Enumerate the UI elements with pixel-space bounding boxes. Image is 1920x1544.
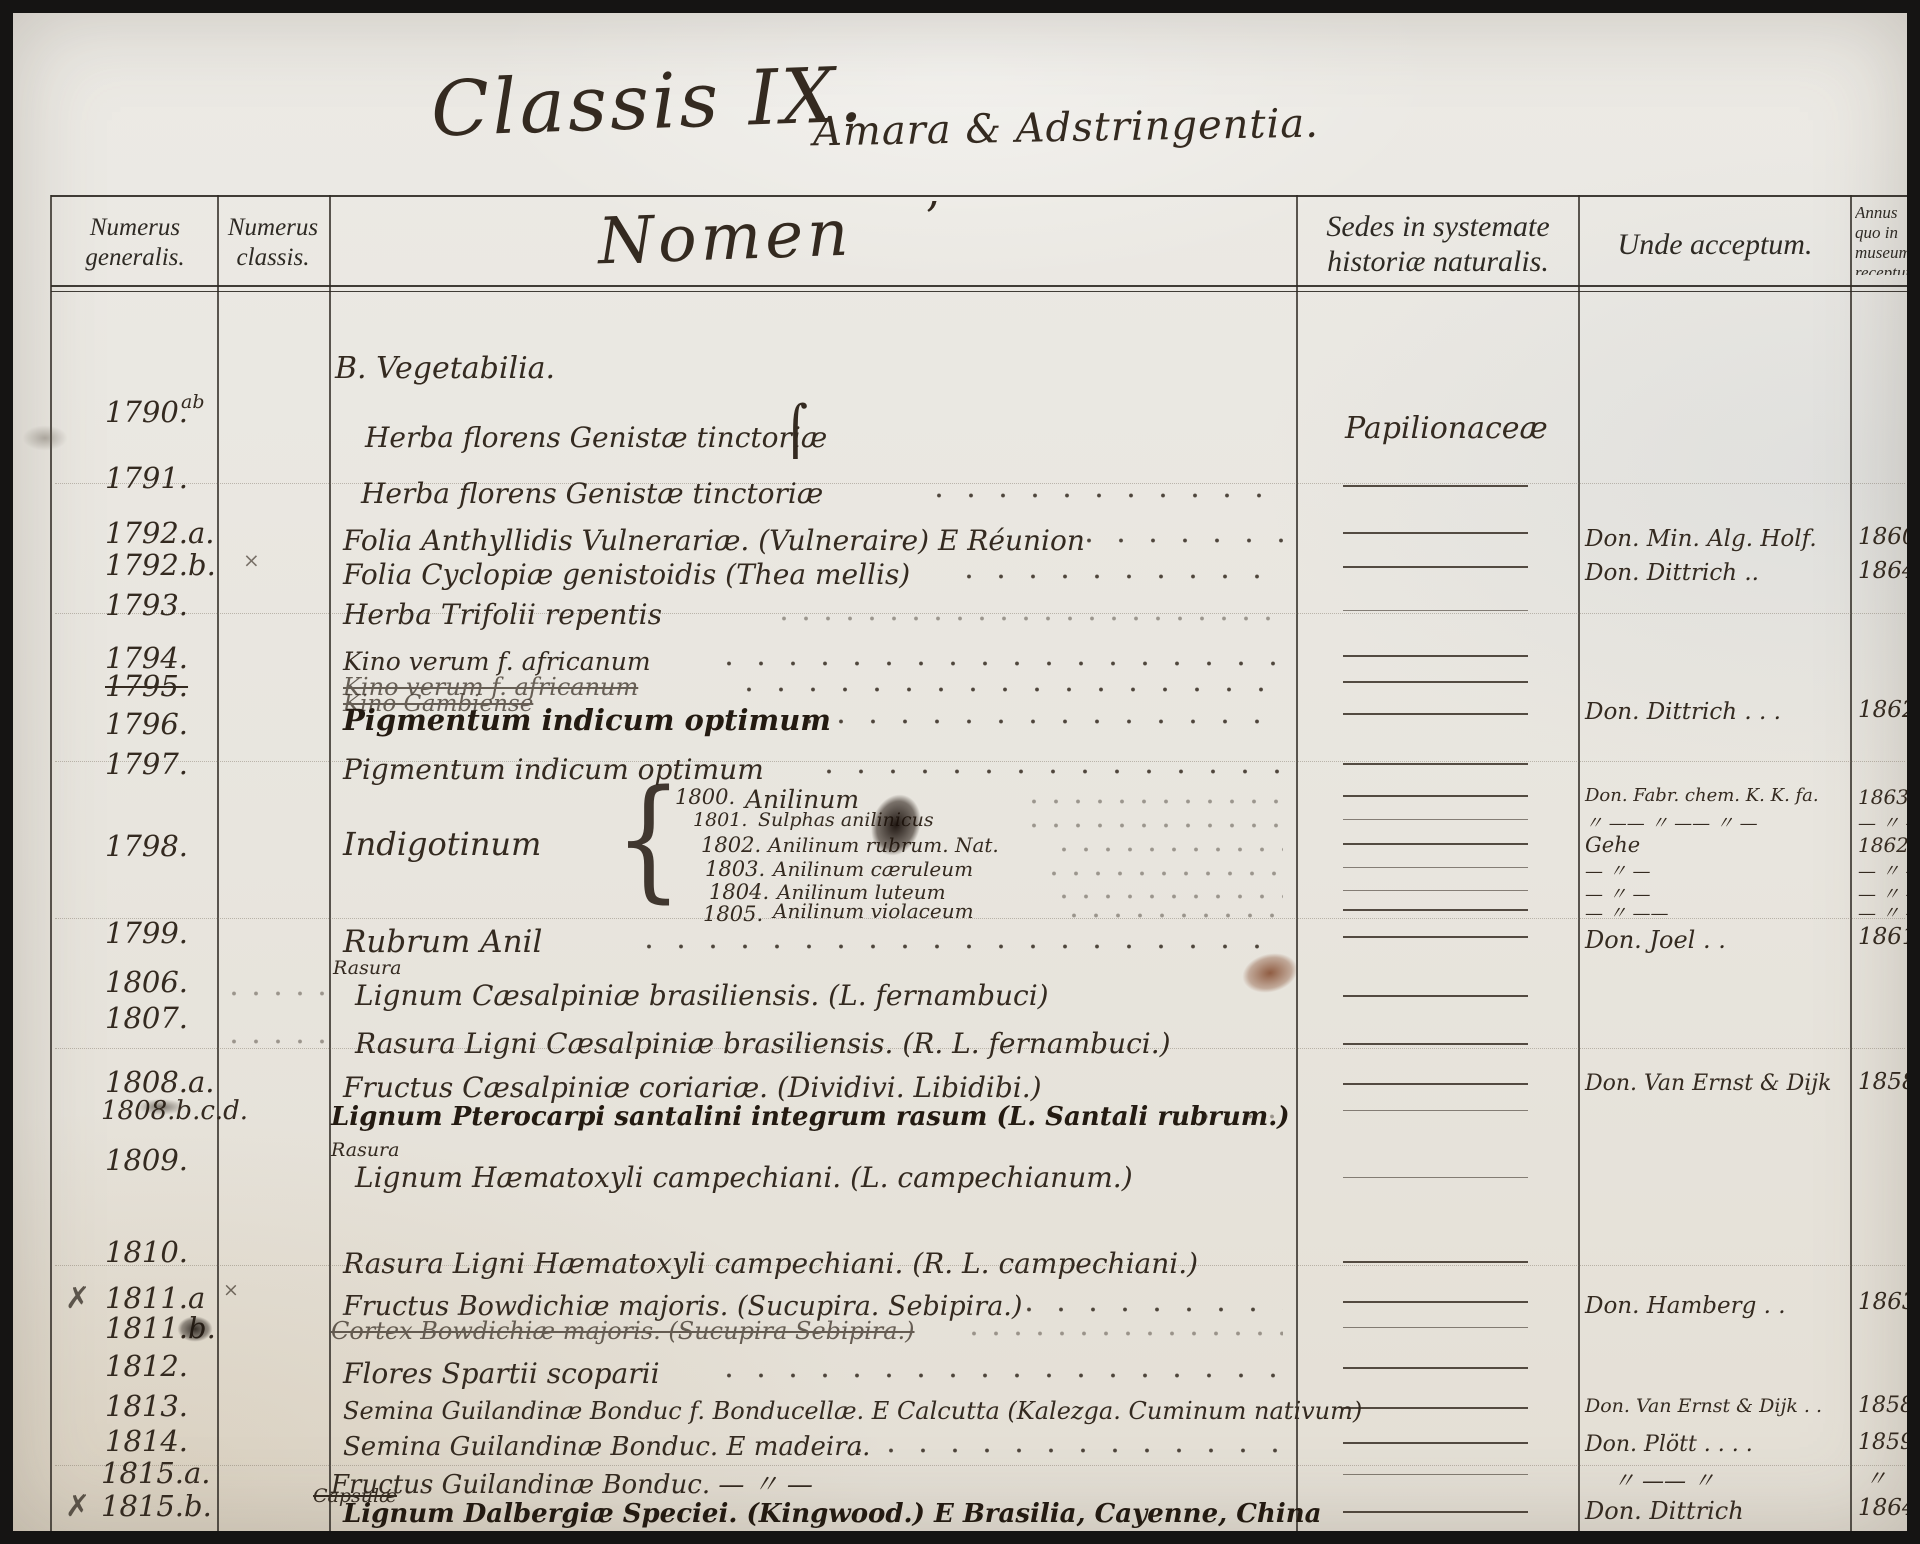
numerus-generalis: 1798.: [105, 829, 188, 863]
sedes-ditto-line: [1343, 1261, 1528, 1263]
sedes-ditto-line: [1343, 610, 1528, 611]
ink-smudge: [131, 1097, 191, 1117]
nomen-entry: Rasura Ligni Hæmatoxyli campechiani. (R.…: [343, 1247, 1198, 1280]
sedes-ditto-line: [1343, 566, 1528, 568]
sedes-ditto-line: [1343, 819, 1528, 820]
nomen-entry: Pigmentum indicum optimum: [343, 703, 831, 737]
numerus-generalis: 1799.: [105, 916, 188, 950]
nomen-entry: Pigmentum indicum optimum: [343, 753, 764, 786]
annus-entry: 1864.: [1858, 1495, 1920, 1521]
col-divider-3: [1296, 195, 1298, 1544]
header-unde-acceptum: Unde acceptum.: [1585, 227, 1845, 262]
numerus-generalis: 1809.: [105, 1143, 188, 1177]
dotted-leader: [223, 989, 333, 998]
header-annus: Annus quo in museum receptum.: [1855, 203, 1920, 275]
unde-acceptum-entry: Gehe: [1585, 833, 1640, 857]
col-divider-5: [1850, 195, 1852, 1544]
dotted-leader: [953, 572, 1283, 581]
sedes-ditto-line: [1343, 485, 1528, 487]
dotted-leader: [1023, 821, 1283, 830]
sub-numerus: 1804.: [709, 880, 769, 904]
sedes-ditto-line: [1343, 795, 1528, 797]
table-top-rule: [51, 195, 1919, 197]
sedes-ditto-line: [1343, 936, 1528, 938]
sedes-ditto-line: [1343, 995, 1528, 997]
nomen-entry: Folia Cyclopiæ genistoidis (Thea mellis): [343, 558, 910, 591]
annus-entry: 1863.: [1858, 1289, 1920, 1315]
annus-entry: 1861: [1858, 924, 1917, 950]
nomen-entry: Rubrum Anil: [343, 924, 542, 960]
margin-x-mark: ×: [243, 548, 260, 572]
dotted-leader: [713, 659, 1283, 668]
numerus-generalis: 1791.: [105, 461, 188, 495]
numerus-generalis: 1808.a.: [105, 1065, 215, 1099]
ink-flourish: ⌠: [783, 403, 808, 459]
numerus-generalis: 1790.: [105, 395, 188, 429]
sedes-entry: Papilionaceæ: [1345, 411, 1548, 446]
numerus-generalis: 1811.a: [105, 1281, 205, 1315]
dotted-leader: [843, 1446, 1283, 1455]
sub-numerus: 1802.: [701, 833, 761, 857]
sedes-ditto-line: [1343, 1043, 1528, 1045]
dotted-leader: [813, 767, 1283, 776]
nomen-entry: Rasura Ligni Cæsalpiniæ brasiliensis. (R…: [355, 1027, 1171, 1060]
annus-entry: 〃: [1865, 1462, 1887, 1493]
sub-numerus: 1801.: [693, 809, 747, 831]
nomen-entry: Herba Trifolii repentis: [343, 598, 662, 631]
nomen-rasura-note: Rasura: [333, 957, 401, 979]
dotted-leader: [923, 491, 1283, 500]
numerus-generalis: 1813.: [105, 1389, 188, 1423]
sedes-ditto-line: [1343, 867, 1528, 868]
header-numerus-classis: Numerus classis.: [219, 213, 327, 272]
unde-acceptum-entry: Don. Dittrich: [1585, 1497, 1744, 1525]
dotted-leader: [773, 614, 1283, 623]
sedes-ditto-line: [1343, 655, 1528, 657]
sedes-ditto-line: [1343, 909, 1528, 911]
unde-acceptum-entry: Don. Hamberg . .: [1585, 1293, 1786, 1319]
dotted-leader: [1043, 869, 1283, 878]
section-label-vegetabilia: B. Vegetabilia.: [335, 351, 555, 386]
dotted-leader: [733, 685, 1283, 694]
sub-numerus: 1803.: [705, 857, 765, 881]
dotted-leader: [633, 942, 1283, 951]
unde-acceptum-entry: 〃 —— 〃 —— 〃 —: [1585, 809, 1758, 835]
pencil-smudge: [15, 421, 75, 455]
sedes-ditto-line: [1343, 1110, 1528, 1111]
nomen-entry: Fructus Guilandinæ Bonduc. — 〃 —: [331, 1464, 813, 1501]
sedes-ditto-line: [1343, 1511, 1528, 1513]
unde-acceptum-entry: Don. Van Ernst & Dijk: [1585, 1071, 1831, 1096]
ink-smudge: [173, 1313, 217, 1345]
dotted-leader: [1053, 845, 1283, 854]
unde-acceptum-entry: Don. Plött . . . .: [1585, 1432, 1753, 1457]
numerus-generalis: 1795.: [105, 669, 188, 703]
margin-check-mark: ✗: [65, 1489, 90, 1524]
nomen-entry: Kino verum f. africanum: [343, 647, 651, 676]
numerus-generalis: 1815.b.: [101, 1489, 212, 1523]
header-bottom-rule-2: [51, 291, 1919, 292]
table-left-border: [50, 195, 52, 1544]
numerus-generalis: 1793.: [105, 588, 188, 622]
page-title-classis: Classis IX.: [430, 49, 867, 153]
sedes-ditto-line: [1343, 1474, 1528, 1475]
annus-entry: 1863: [1858, 785, 1909, 809]
nomen-entry: Folia Anthyllidis Vulnerariæ. (Vulnerair…: [343, 524, 1085, 557]
dotted-leader: [1053, 892, 1283, 901]
sedes-ditto-line: [1343, 532, 1528, 534]
sub-numerus: 1805.: [703, 902, 763, 926]
numerus-generalis: 1796.: [105, 707, 188, 741]
numerus-generalis: 1814.: [105, 1424, 188, 1458]
sedes-ditto-line: [1343, 1177, 1528, 1178]
sedes-ditto-line: [1343, 713, 1528, 715]
annus-entry: 1858.: [1858, 1393, 1920, 1418]
guide-line: [55, 483, 1905, 484]
nomen-entry: Lignum Cæsalpiniæ brasiliensis. (L. fern…: [355, 979, 1049, 1012]
dotted-leader: [963, 1329, 1283, 1338]
numerus-generalis: 1810.: [105, 1235, 188, 1269]
sedes-ditto-line: [1343, 1367, 1528, 1369]
col-divider-4: [1578, 195, 1580, 1544]
numerus-generalis: 1806.: [105, 965, 188, 999]
numerus-generalis: 1812.: [105, 1349, 188, 1383]
numerus-generalis: 1807.: [105, 1001, 188, 1035]
unde-acceptum-entry: Don. Dittrich . . .: [1585, 699, 1781, 725]
sedes-ditto-line: [1343, 1301, 1528, 1303]
unde-acceptum-entry: 〃 —— 〃: [1613, 1464, 1715, 1495]
dotted-leader: [1063, 911, 1283, 920]
nomen-entry: Semina Guilandinæ Bonduc f. Bonducellæ. …: [343, 1397, 1362, 1425]
nomen-entry-indigotinum: Indigotinum: [343, 825, 541, 863]
dotted-leader: [1173, 1112, 1283, 1121]
annus-entry: 1862: [1858, 697, 1917, 723]
unde-acceptum-entry: Don. Min. Alg. Holf.: [1585, 526, 1817, 552]
nomen-entry: Lignum Dalbergiæ Speciei. (Kingwood.) E …: [343, 1499, 1321, 1529]
annus-entry: — 〃 —: [1858, 899, 1920, 925]
dotted-leader: [1013, 1305, 1283, 1314]
annus-entry: 1862: [1858, 833, 1909, 857]
nomen-entry: Lignum Hæmatoxyli campechiani. (L. campe…: [355, 1161, 1133, 1194]
annus-entry: — 〃 —: [1858, 809, 1920, 835]
ledger-page: Classis IX. Amara & Adstringentia. Numer…: [0, 0, 1920, 1544]
numerus-generalis: 1797.: [105, 747, 188, 781]
sedes-ditto-line: [1343, 1407, 1528, 1409]
sub-nomen: Anilinum violaceum: [773, 899, 974, 923]
header-nomen-ink-mark: ’: [925, 193, 939, 244]
sub-numerus: 1800.: [675, 785, 735, 809]
grouping-brace: {: [615, 761, 683, 916]
margin-check-mark: ✗: [65, 1281, 90, 1316]
numerus-generalis: 1792.b.: [105, 548, 216, 582]
sedes-ditto-line: [1343, 1327, 1528, 1328]
dotted-leader: [793, 717, 1283, 726]
nomen-entry-struck: Cortex Bowdichiæ majoris. (Sucupira Sebi…: [331, 1317, 915, 1345]
nomen-entry: Flores Spartii scoparii: [343, 1357, 660, 1390]
unde-acceptum-entry: Don. Van Ernst & Dijk . .: [1585, 1395, 1822, 1417]
unde-acceptum-entry: Don. Joel . .: [1585, 926, 1726, 954]
annus-entry: 1864: [1858, 558, 1917, 584]
sedes-ditto-line: [1343, 1083, 1528, 1085]
dotted-leader: [223, 1037, 333, 1046]
unde-acceptum-entry: — 〃 ——: [1585, 899, 1668, 925]
header-bottom-rule-1: [51, 285, 1919, 287]
nomen-entry: Semina Guilandinæ Bonduc. E madeira.: [343, 1432, 870, 1462]
sedes-ditto-line: [1343, 681, 1528, 683]
nomen-rasura-note: Rasura: [331, 1139, 399, 1161]
col-divider-1: [217, 195, 219, 1544]
header-numerus-generalis: Numerus generalis.: [55, 213, 215, 272]
nomen-entry: Herba florens Genistæ tinctoriæ: [361, 477, 823, 510]
annus-entry: 1860: [1858, 524, 1917, 550]
sedes-ditto-line: [1343, 843, 1528, 845]
sedes-ditto-line: [1343, 763, 1528, 765]
annus-entry: 1858: [1858, 1069, 1917, 1095]
guide-line: [55, 761, 1905, 762]
numerus-generalis: 1792.a.: [105, 516, 215, 550]
sedes-ditto-line: [1343, 890, 1528, 891]
unde-acceptum-entry: Don. Dittrich ..: [1585, 560, 1759, 586]
annus-entry: 1859.: [1858, 1430, 1920, 1455]
header-sedes: Sedes in systemate historiæ naturalis.: [1303, 209, 1573, 280]
numerus-suffix: ×: [223, 1279, 239, 1301]
sedes-ditto-line: [1343, 1442, 1528, 1444]
page-title-subtitle: Amara & Adstringentia.: [813, 101, 1320, 156]
nomen-entry: Herba florens Genistæ tinctoriæ: [365, 421, 827, 454]
sub-nomen: Anilinum cæruleum: [773, 857, 973, 881]
dotted-leader: [713, 1371, 1283, 1380]
dotted-leader: [1073, 536, 1283, 545]
nomen-entry: Fructus Cæsalpiniæ coriariæ. (Dividivi. …: [343, 1071, 1042, 1104]
numerus-generalis: 1815.a.: [101, 1456, 211, 1490]
dotted-leader: [1023, 797, 1283, 806]
nomen-entry: Lignum Pterocarpi santalini integrum ras…: [331, 1102, 1290, 1132]
header-nomen: Nomen: [597, 197, 854, 280]
numerus-suffix: ab: [181, 391, 205, 413]
unde-acceptum-entry: Don. Fabr. chem. K. K. fa.: [1585, 785, 1819, 806]
